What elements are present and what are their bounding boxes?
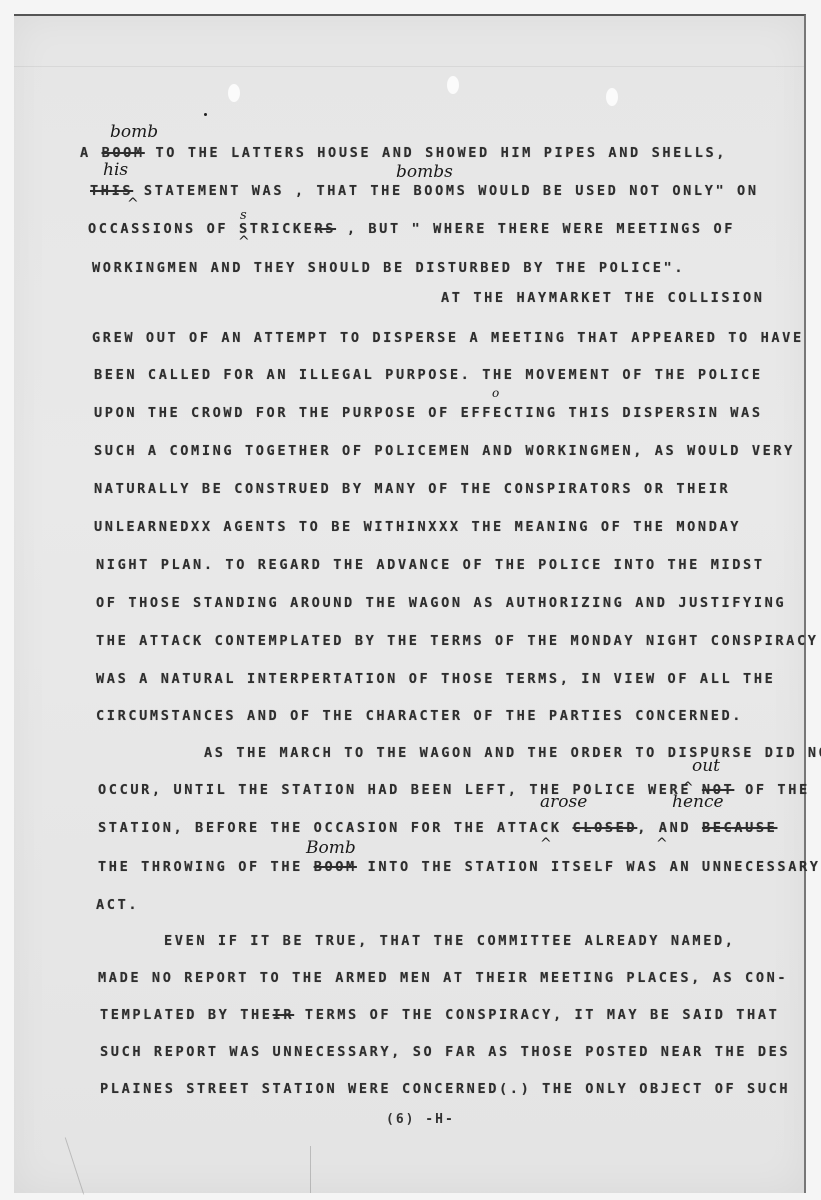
handwritten-correction: hence xyxy=(672,792,724,812)
line-text: TEMPLATED BY THE xyxy=(100,1007,273,1023)
document-line-6: GREW OUT OF AN ATTEMPT TO DISPERSE A MEE… xyxy=(92,330,804,346)
document-line-23: MADE NO REPORT TO THE ARMED MEN AT THEIR… xyxy=(98,970,788,986)
document-line-21: ACT. xyxy=(96,897,139,913)
handwritten-correction: Bomb xyxy=(306,838,356,858)
line-text: STATION, BEFORE THE OCCASION FOR THE ATT… xyxy=(98,820,573,836)
handwritten-correction: his xyxy=(103,160,128,180)
page-number: (6) -H- xyxy=(386,1112,455,1127)
document-line-11: UNLEARNEDXX AGENTS TO BE WITHINXXX THE M… xyxy=(94,519,741,535)
document-line-16: CIRCUMSTANCES AND OF THE CHARACTER OF TH… xyxy=(96,708,743,724)
ink-speck xyxy=(204,113,207,116)
handwritten-correction: o xyxy=(492,386,499,400)
bleed-through-text xyxy=(94,80,614,94)
document-line-3: OCCASSIONS OF STRICKERS , BUT " WHERE TH… xyxy=(88,221,735,237)
insertion-caret-icon: ^ xyxy=(540,836,552,852)
document-line-24: TEMPLATED BY THEIR TERMS OF THE CONSPIRA… xyxy=(100,1007,779,1023)
struck-word: BOOM xyxy=(102,145,145,161)
paper-crease xyxy=(65,1137,84,1194)
line-text: INTO THE STATION ITSELF WAS AN UNNECESSA… xyxy=(357,859,821,875)
struck-word: RS xyxy=(314,221,336,237)
document-line-19: STATION, BEFORE THE OCCASION FOR THE ATT… xyxy=(98,820,777,836)
line-text: , AND xyxy=(637,820,702,836)
handwritten-correction: out xyxy=(692,756,720,776)
document-line-12: NIGHT PLAN. TO REGARD THE ADVANCE OF THE… xyxy=(96,557,765,573)
paper-crease xyxy=(310,1146,311,1193)
handwritten-correction: bomb xyxy=(110,122,158,142)
insertion-caret-icon: ^ xyxy=(656,836,668,852)
document-line-5: AT THE HAYMARKET THE COLLISION xyxy=(441,290,765,306)
insertion-caret-icon: ^ xyxy=(127,196,139,212)
handwritten-correction: arose xyxy=(540,792,587,812)
insertion-caret-icon: ^ xyxy=(238,234,250,250)
document-line-14: THE ATTACK CONTEMPLATED BY THE TERMS OF … xyxy=(96,633,819,649)
handwritten-correction: bombs xyxy=(396,162,453,182)
document-line-4: WORKINGMEN AND THEY SHOULD BE DISTURBED … xyxy=(92,260,685,276)
line-text: THE THROWING OF THE xyxy=(98,859,314,875)
document-line-20: THE THROWING OF THE BOOM INTO THE STATIO… xyxy=(98,859,821,875)
document-line-17: AS THE MARCH TO THE WAGON AND THE ORDER … xyxy=(204,745,821,761)
struck-word: BOOM xyxy=(314,859,357,875)
document-line-2: THIS STATEMENT WAS , THAT THE BOOMS WOUL… xyxy=(90,183,759,199)
scanned-document: A BOOM TO THE LATTERS HOUSE AND SHOWED H… xyxy=(0,0,821,1200)
document-line-13: OF THOSE STANDING AROUND THE WAGON AS AU… xyxy=(96,595,786,611)
document-line-1: A BOOM TO THE LATTERS HOUSE AND SHOWED H… xyxy=(80,145,727,161)
struck-word: IR xyxy=(273,1007,295,1023)
line-text: A xyxy=(80,145,102,161)
line-text: , BUT " WHERE THERE WERE MEETINGS OF xyxy=(336,221,735,237)
line-text: OF THE xyxy=(734,782,810,798)
document-line-8: UPON THE CROWD FOR THE PURPOSE OF EFFECT… xyxy=(94,405,763,421)
document-line-26: PLAINES STREET STATION WERE CONCERNED(.)… xyxy=(100,1081,790,1097)
handwritten-correction: s xyxy=(240,208,247,223)
struck-word: BECAUSE xyxy=(702,820,778,836)
document-line-22: EVEN IF IT BE TRUE, THAT THE COMMITTEE A… xyxy=(164,933,736,949)
document-line-7: BEEN CALLED FOR AN ILLEGAL PURPOSE. THE … xyxy=(94,367,763,383)
line-text: STATEMENT WAS , THAT THE BOOMS WOULD BE … xyxy=(133,183,758,199)
document-line-9: SUCH A COMING TOGETHER OF POLICEMEN AND … xyxy=(94,443,795,459)
struck-word: CLOSED xyxy=(573,820,638,836)
line-text: TERMS OF THE CONSPIRACY, IT MAY BE SAID … xyxy=(294,1007,779,1023)
fold-line xyxy=(14,66,804,67)
document-line-15: WAS A NATURAL INTERPERTATION OF THOSE TE… xyxy=(96,671,775,687)
document-line-10: NATURALLY BE CONSTRUED BY MANY OF THE CO… xyxy=(94,481,730,497)
line-text: OCCUR, UNTIL THE STATION HAD BEEN LEFT, … xyxy=(98,782,702,798)
line-text: TO THE LATTERS HOUSE AND SHOWED HIM PIPE… xyxy=(145,145,727,161)
document-line-25: SUCH REPORT WAS UNNECESSARY, SO FAR AS T… xyxy=(100,1044,790,1060)
line-text: OCCASSIONS OF STRICKE xyxy=(88,221,314,237)
